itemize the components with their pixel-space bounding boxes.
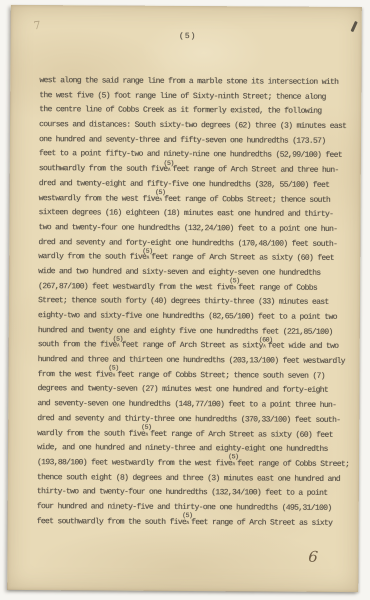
interlined-insertion: (5)∧	[146, 251, 151, 266]
document-line: dred and twenty-eight and fifty-five one…	[39, 177, 335, 193]
document-line: sixteen degrees (16) eighteen (18) minut…	[38, 206, 334, 222]
document-line: wide and two hundred and sixty-seven and…	[38, 265, 334, 281]
interlined-insertion: (5)∧	[232, 457, 237, 472]
document-page: 7 (5) west along the said range line fro…	[7, 5, 362, 592]
interlined-insertion: (5)∧	[145, 427, 150, 442]
interlined-insertion: (5)∧	[186, 516, 191, 531]
document-line: wide, and one hundred and ninety-three a…	[37, 441, 333, 457]
document-line: west along the said range line from a ma…	[39, 74, 335, 90]
page-content: (5) west along the said range line from …	[7, 5, 362, 592]
interlined-insertion: (5)∧	[159, 192, 164, 207]
interlined-insertion: (5)∧	[167, 163, 172, 178]
interlined-insertion: (5)∧	[233, 281, 238, 296]
scan-frame: 7 (5) west along the said range line fro…	[0, 0, 370, 600]
document-line: and seventy-seven one hundredths (148,77…	[37, 397, 333, 413]
document-line: southwardly from the south five(5)∧feet …	[39, 162, 335, 178]
interlined-insertion: (5)∧	[112, 368, 117, 383]
document-line: two and twenty-four one hundredths (132,…	[38, 221, 334, 237]
document-line: dred and seventy and thirty-three one hu…	[37, 412, 333, 428]
document-line: (193,88/100) feet westwardly from the we…	[37, 456, 333, 472]
interlined-insertion: (60)∧	[263, 340, 268, 355]
document-line: courses and distances: South sixty-two d…	[39, 118, 335, 134]
pencil-page-mark: 6	[308, 547, 319, 566]
deed-description-text: west along the said range line from a ma…	[37, 74, 336, 531]
document-line: hundred and three and thirteen one hundr…	[38, 353, 334, 369]
document-line: eighty-two and sixty-five one hundredths…	[38, 309, 334, 325]
page-number: (5)	[40, 31, 336, 42]
document-line: feet southwardly from the south five(5)∧…	[37, 515, 333, 531]
interlined-insertion: (5)∧	[117, 339, 122, 354]
